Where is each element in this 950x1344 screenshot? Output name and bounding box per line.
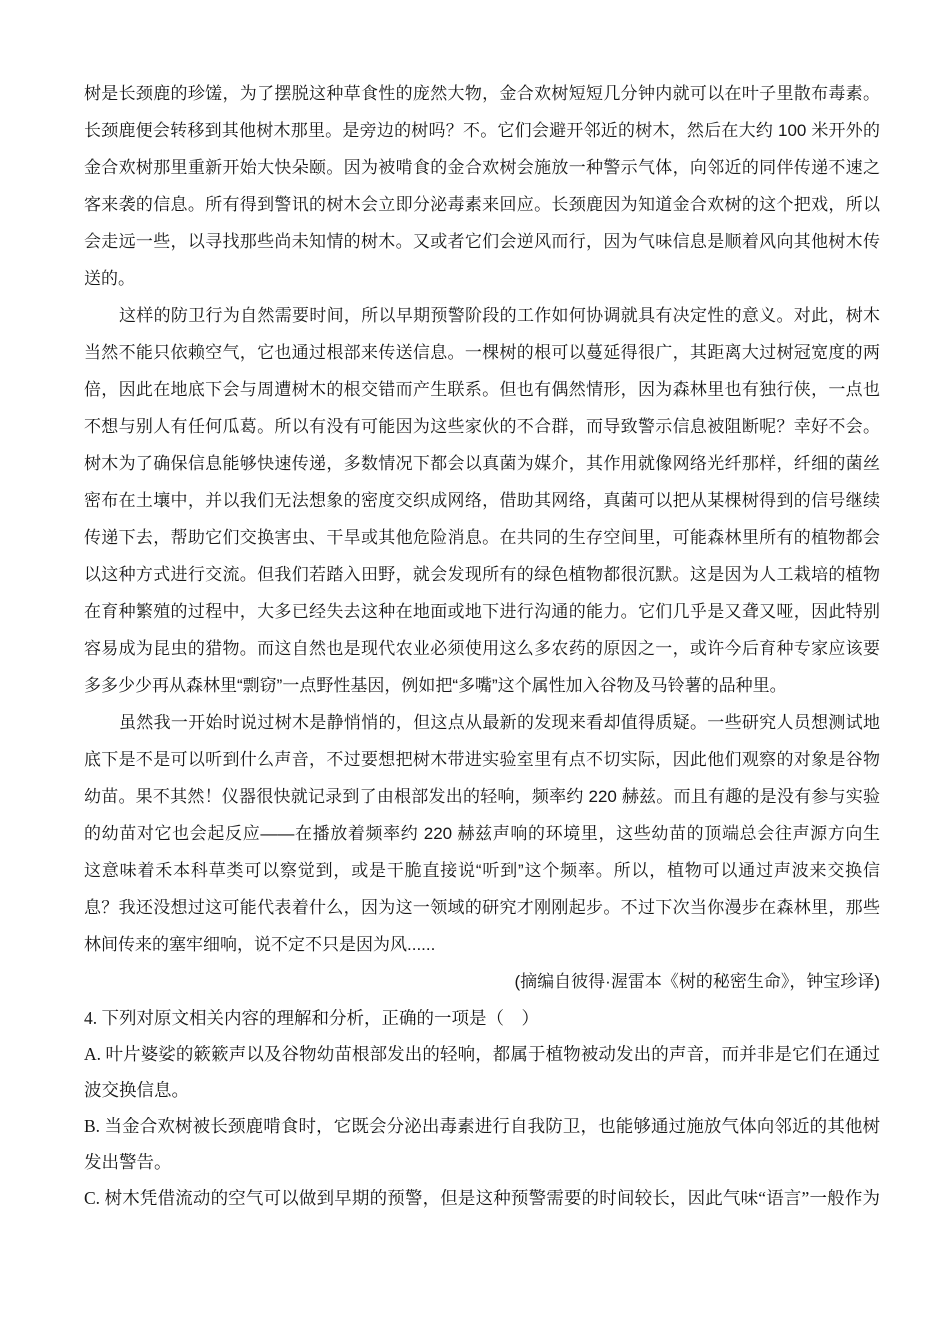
passage-line: 幼苗。果不其然！仪器很快就记录到了由根部发出的轻响，频率约 220 赫兹。而且有…	[84, 778, 880, 815]
passage-line: 当然不能只依赖空气，它也通过根部来传送信息。一棵树的根可以蔓延得很广，其距离大过…	[84, 334, 880, 371]
passage-line: 长颈鹿便会转移到其他树木那里。是旁边的树吗？不。它们会避开邻近的树木，然后在大约…	[84, 112, 880, 149]
option-a-line: 波交换信息。	[84, 1072, 880, 1108]
passage-paragraphs: 树是长颈鹿的珍馐，为了摆脱这种草食性的庞然大物，金合欢树短短几分钟内就可以在叶子…	[84, 75, 880, 963]
passage-attribution: (摘编自彼得·渥雷本《树的秘密生命》，钟宝珍译)	[84, 963, 880, 1000]
question-options: A. 叶片婆娑的簌簌声以及谷物幼苗根部发出的轻响，都属于植物被动发出的声音，而并…	[84, 1036, 880, 1216]
passage-line: 会走远一些，以寻找那些尚未知情的树木。又或者它们会逆风而行，因为气味信息是顺着风…	[84, 223, 880, 260]
passage-line: 虽然我一开始时说过树木是静悄悄的，但这点从最新的发现来看却值得质疑。一些研究人员…	[84, 704, 880, 741]
passage-line: 金合欢树那里重新开始大快朵颐。因为被啃食的金合欢树会施放一种警示气体，向邻近的同…	[84, 149, 880, 186]
passage-line: 容易成为昆虫的猎物。而这自然也是现代农业必须使用这么多农药的原因之一，或许今后育…	[84, 630, 880, 667]
passage-line: 多多少少再从森林里“剽窃”一点野性基因，例如把“多嘴”这个属性加入谷物及马铃薯的…	[84, 667, 880, 704]
passage-line: 倍，因此在地底下会与周遭树木的根交错而产生联系。但也有偶然情形，因为森林里也有独…	[84, 371, 880, 408]
passage: 树是长颈鹿的珍馐，为了摆脱这种草食性的庞然大物，金合欢树短短几分钟内就可以在叶子…	[84, 75, 880, 1000]
passage-line: 密布在土壤中，并以我们无法想象的密度交织成网络，借助其网络，真菌可以把从某棵树得…	[84, 482, 880, 519]
passage-line: 不想与别人有任何瓜葛。所以有没有可能因为这些家伙的不合群，而导致警示信息被阻断呢…	[84, 408, 880, 445]
passage-line: 树木为了确保信息能够快速传递，多数情况下都会以真菌为媒介，其作用就像网络光纤那样…	[84, 445, 880, 482]
option-a-line: A. 叶片婆娑的簌簌声以及谷物幼苗根部发出的轻响，都属于植物被动发出的声音，而并…	[84, 1036, 880, 1072]
question-block: 4. 下列对原文相关内容的理解和分析，正确的一项是（ ） A. 叶片婆娑的簌簌声…	[84, 1000, 880, 1216]
passage-line: 林间传来的塞牢细响，说不定不只是因为风......	[84, 926, 880, 963]
passage-line: 客来袭的信息。所有得到警讯的树木会立即分泌毒素来回应。长颈鹿因为知道金合欢树的这…	[84, 186, 880, 223]
passage-line: 在育种繁殖的过程中，大多已经失去这种在地面或地下进行沟通的能力。它们几乎是又聋又…	[84, 593, 880, 630]
question-stem: 4. 下列对原文相关内容的理解和分析，正确的一项是（ ）	[84, 1000, 880, 1036]
passage-line: 这样的防卫行为自然需要时间，所以早期预警阶段的工作如何协调就具有决定性的意义。对…	[84, 297, 880, 334]
passage-line: 底下是不是可以听到什么声音，不过要想把树木带进实验室里有点不切实际，因此他们观察…	[84, 741, 880, 778]
passage-line: 这意味着禾本科草类可以察觉到，或是干脆直接说“听到”这个频率。所以，植物可以通过…	[84, 852, 880, 889]
document-page: 树是长颈鹿的珍馐，为了摆脱这种草食性的庞然大物，金合欢树短短几分钟内就可以在叶子…	[0, 0, 950, 1344]
passage-line: 树是长颈鹿的珍馐，为了摆脱这种草食性的庞然大物，金合欢树短短几分钟内就可以在叶子…	[84, 75, 880, 112]
passage-line: 传递下去，帮助它们交换害虫、干旱或其他危险消息。在共同的生存空间里，可能森林里所…	[84, 519, 880, 556]
option-c-line: C. 树木凭借流动的空气可以做到早期的预警，但是这种预警需要的时间较长，因此气味…	[84, 1180, 880, 1216]
passage-line: 的幼苗对它也会起反应——在播放着频率约 220 赫兹声响的环境里，这些幼苗的顶端…	[84, 815, 880, 852]
passage-line: 息？我还没想过这可能代表着什么，因为这一领域的研究才刚刚起步。不过下次当你漫步在…	[84, 889, 880, 926]
passage-line: 送的。	[84, 260, 880, 297]
option-b-line: B. 当金合欢树被长颈鹿啃食时，它既会分泌出毒素进行自我防卫，也能够通过施放气体…	[84, 1108, 880, 1144]
passage-line: 以这种方式进行交流。但我们若踏入田野，就会发现所有的绿色植物都很沉默。这是因为人…	[84, 556, 880, 593]
option-b-line: 发出警告。	[84, 1144, 880, 1180]
